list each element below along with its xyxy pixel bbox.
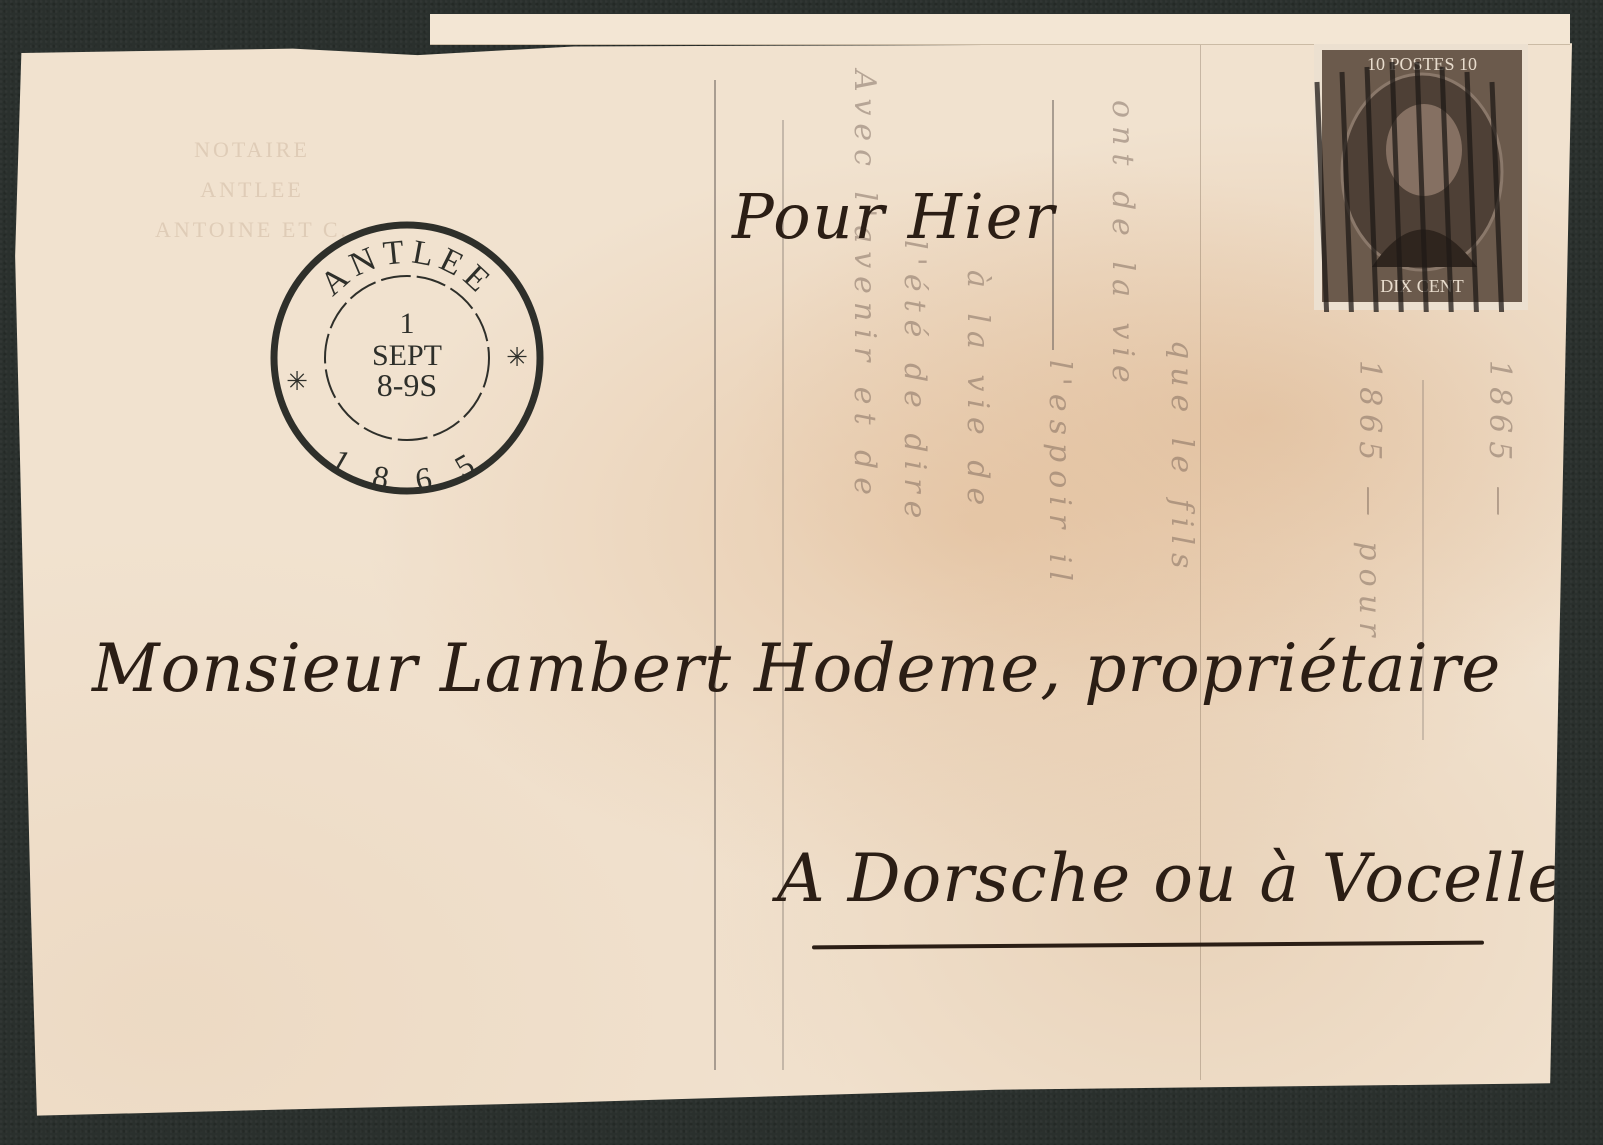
postmark-day: 1 [400, 307, 415, 340]
circular-date-postmark: ANTLEE 1865 1 SEPT 8-9S ✳ ✳ [267, 218, 547, 498]
letterhead-line: ANTLEE [92, 170, 412, 210]
show-through-writing: l'espoir il [1042, 360, 1077, 589]
show-through-writing: ont de la vie [1105, 100, 1140, 391]
stamp-top-label: 10 POSTES 10 [1367, 54, 1477, 74]
ruled-line [714, 80, 716, 1070]
star-ornament-icon: ✳ [506, 343, 528, 373]
ruled-line [782, 120, 784, 1070]
address-underline [812, 941, 1484, 950]
postmark-icon: ANTLEE 1865 1 SEPT 8-9S ✳ ✳ [267, 218, 547, 498]
show-through-writing: l'été de dire [897, 240, 932, 526]
show-through-writing: 1865 — pour [1352, 360, 1387, 644]
postmark-time: 8-9S [377, 367, 437, 403]
letterhead-line: NOTAIRE [92, 130, 412, 170]
address-line-1: Pour Hier [732, 180, 1056, 253]
top-flap [430, 14, 1570, 45]
show-through-writing: 1865 — [1482, 360, 1517, 524]
leopold-portrait-stamp-icon: 10 POSTES 10 DIX CENT [1312, 42, 1530, 312]
star-ornament-icon: ✳ [286, 367, 308, 397]
show-through-writing: à la vie de [960, 270, 995, 513]
show-through-writing: que le fils [1164, 340, 1199, 576]
fold-line [1200, 40, 1201, 1080]
address-line-3: A Dorsche ou à Vocelle [777, 840, 1567, 917]
address-line-2: Monsieur Lambert Hodeme, propriétaire [92, 630, 1501, 707]
show-through-writing: Avec l'avenir et de [847, 70, 882, 503]
postage-stamp: 10 POSTES 10 DIX CENT [1312, 42, 1530, 312]
